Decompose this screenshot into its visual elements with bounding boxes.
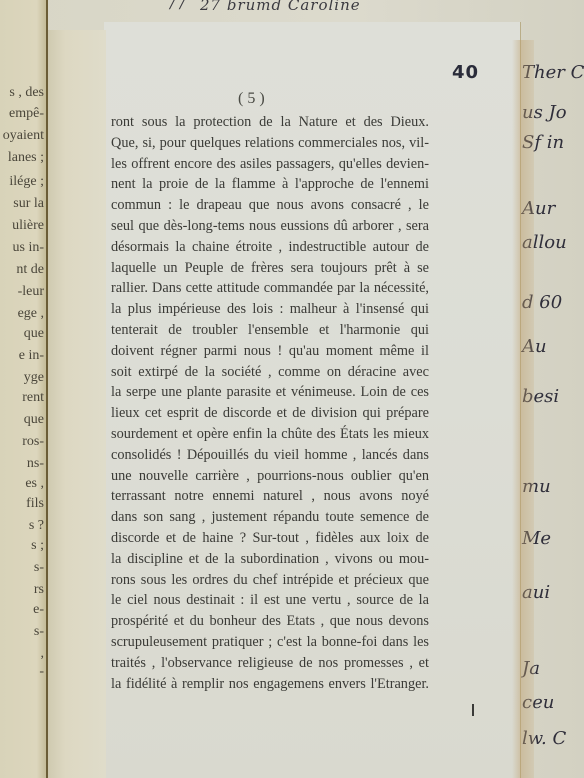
text-line: les offrent encore des asiles passagers,… — [111, 154, 429, 175]
letter-top-mark: / / — [170, 0, 185, 12]
page-number: ( 5 ) — [238, 90, 265, 108]
left-page-fragment: s ? — [29, 518, 44, 534]
text-line: désormais la chaine étroite , indestruct… — [111, 237, 429, 258]
text-line: sourdement et opère enfin la chûte des É… — [111, 424, 429, 445]
text-line: nent la proie de la flamme à l'approche … — [111, 174, 429, 195]
text-line: prospérité et du bonheur des Etats , que… — [111, 611, 429, 632]
left-book-page: s , desempê-oyaientlanes ;ilége ;sur lau… — [0, 0, 48, 778]
text-line: rallier. Dans cette attitude commandée p… — [111, 278, 429, 299]
text-line: laquelle un Peuple de frères sera toujou… — [111, 258, 429, 279]
text-line: tenterait de troubler l'ensemble et l'ha… — [111, 320, 429, 341]
text-line: discorde et de haine ? Sur-tout , fidèle… — [111, 528, 429, 549]
text-line: rons sous les ordres du chef intrépide e… — [111, 570, 429, 591]
left-page-fragment: e in- — [19, 348, 44, 364]
text-line: consolidés ! Dépouillés du vieil homme ,… — [111, 445, 429, 466]
left-page-fragment: fils — [26, 496, 44, 512]
left-page-fragment: s- — [34, 560, 44, 576]
printed-body-text: ront sous la protection de la Nature et … — [111, 112, 429, 694]
left-page-fragment: ros- — [22, 434, 44, 450]
book-gutter — [48, 30, 106, 778]
text-line: terrassant notre ennemi naturel , nous a… — [111, 486, 429, 507]
text-line: le ciel nous destinait : il est une vert… — [111, 590, 429, 611]
left-page-fragment: s- — [34, 624, 44, 640]
stray-ink-mark — [472, 704, 474, 716]
left-page-fragment: sur la — [13, 196, 44, 212]
left-page-fragment: us in- — [13, 240, 45, 256]
left-page-fragment: ilége ; — [9, 174, 44, 190]
letter-top-annotation: 27 brumd Caroline — [200, 0, 361, 14]
text-line: la plus impérieuse des lois : malheur à … — [111, 299, 429, 320]
left-page-fragment: , — [41, 646, 45, 662]
folio-stamp-number: 40 — [452, 62, 479, 83]
text-line: la serpe une plante parasite et vénimeus… — [111, 382, 429, 403]
text-line: lieux cet esprit de discorde et de divis… — [111, 403, 429, 424]
left-page-fragment: ulière — [12, 218, 44, 234]
text-line: Que, si, pour quelques relations commerc… — [111, 133, 429, 154]
left-page-fragment: lanes ; — [8, 150, 44, 166]
left-page-fragment: yge — [24, 370, 44, 386]
left-page-fragment: s , des — [9, 85, 44, 101]
text-line: commun : le drapeau que nous avons consa… — [111, 195, 429, 216]
left-page-fragment: - — [39, 664, 44, 680]
left-page-fragment: que — [24, 326, 44, 342]
text-line: seul que dès-long-tems nous eussions dû … — [111, 216, 429, 237]
text-line: traités , l'observance religieuse de nos… — [111, 653, 429, 674]
text-line: ront sous la protection de la Nature et … — [111, 112, 429, 133]
left-page-fragment: que — [24, 412, 44, 428]
left-page-fragment: e- — [33, 602, 44, 618]
text-line: soit extirpé de la société , comme on dé… — [111, 362, 429, 383]
left-page-fragment: ns- — [27, 456, 44, 472]
left-page-fragment: -leur — [18, 284, 44, 300]
text-line: une nouvelle carrière , pourrions-nous o… — [111, 466, 429, 487]
page-edge-stain — [512, 40, 534, 778]
text-line: scrupuleusement pratiquer ; c'est la bon… — [111, 632, 429, 653]
text-line: dans son sang , justement répandu toute … — [111, 507, 429, 528]
left-page-fragment: ege , — [18, 306, 44, 322]
left-page-fragment: empê- — [9, 106, 44, 122]
left-page-fragment: rs — [34, 582, 44, 598]
text-line: la fidélité à remplir nos engagemens env… — [111, 674, 429, 695]
text-line: doivent régner parmi nous ! qu'au moment… — [111, 341, 429, 362]
left-page-fragment: nt de — [16, 262, 44, 278]
left-page-fragment: rent — [22, 390, 44, 406]
text-line: la discipline et de la subordination , v… — [111, 549, 429, 570]
left-page-fragment: s ; — [31, 538, 44, 554]
left-page-fragment: oyaient — [3, 128, 44, 144]
left-page-fragment: es , — [25, 476, 44, 492]
